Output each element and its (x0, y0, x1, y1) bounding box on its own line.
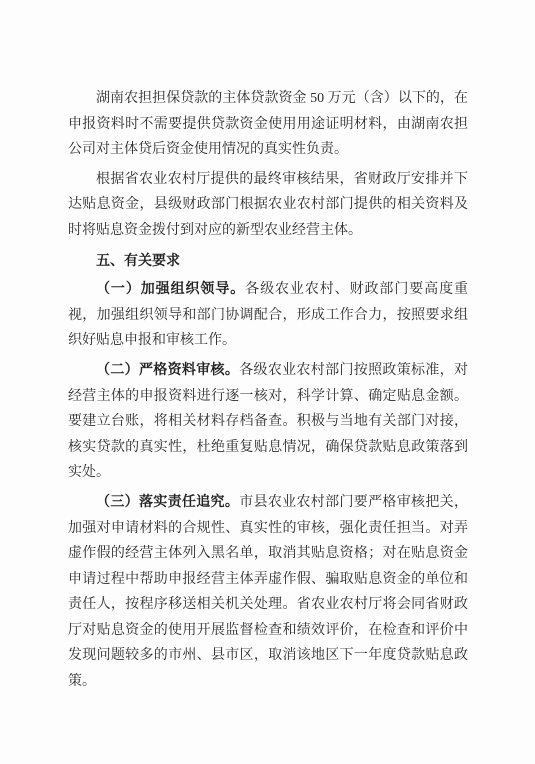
document-page: 湖南农担担保贷款的主体贷款资金 50 万元（含）以下的，在申报资料时不需要提供贷… (0, 0, 535, 764)
paragraph: （一）加强组织领导。各级农业农村、财政部门要高度重视，加强组织领导和部门协调配合… (68, 277, 468, 354)
paragraph-lead: （一）加强组织领导。 (96, 282, 245, 297)
paragraph-text: 各级农业农村部门按照政策标准，对经营主体的申报资料进行逐一核对，科学计算、确定贴… (68, 363, 468, 480)
paragraph-lead: （三）落实责任追究。 (96, 495, 239, 510)
paragraph-text: 市县农业农村部门要严格审核把关，加强对申请材料的合规性、真实性的审核，强化责任担… (68, 495, 468, 689)
paragraph: （三）落实责任追究。市县农业农村部门要严格审核把关，加强对申请材料的合规性、真实… (68, 490, 468, 695)
paragraph: 湖南农担担保贷款的主体贷款资金 50 万元（含）以下的，在申报资料时不需要提供贷… (68, 86, 468, 163)
paragraph-text: 根据省农业农村厅提供的最终审核结果，省财政厅安排并下达贴息资金，县级财政部门根据… (68, 172, 468, 238)
document-content: 湖南农担担保贷款的主体贷款资金 50 万元（含）以下的，在申报资料时不需要提供贷… (68, 86, 468, 699)
section-heading: 五、有关要求 (68, 248, 468, 274)
paragraph-lead: （二）严格资料审核。 (96, 363, 239, 378)
paragraph-text: 湖南农担担保贷款的主体贷款资金 50 万元（含）以下的，在申报资料时不需要提供贷… (68, 91, 468, 157)
paragraph: （二）严格资料审核。各级农业农村部门按照政策标准，对经营主体的申报资料进行逐一核… (68, 358, 468, 486)
paragraph: 根据省农业农村厅提供的最终审核结果，省财政厅安排并下达贴息资金，县级财政部门根据… (68, 167, 468, 244)
